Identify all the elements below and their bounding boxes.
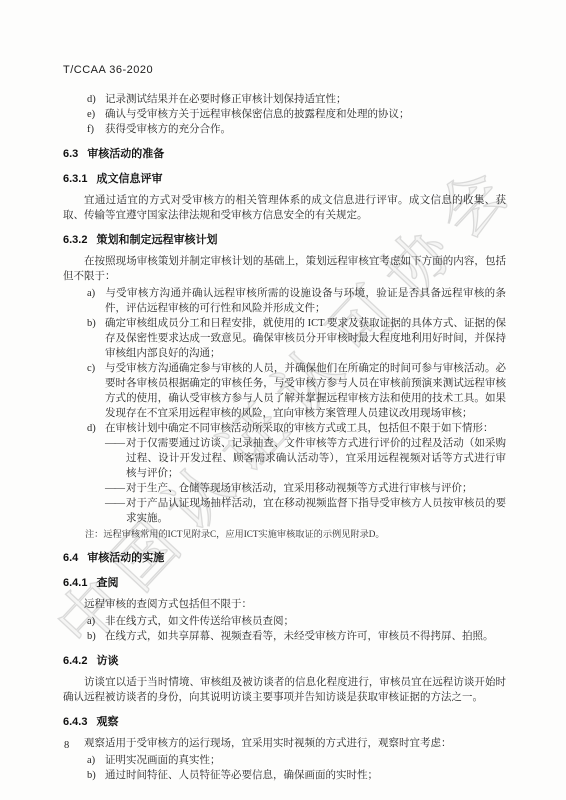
list-item: b)通过时间特征、人员特征等必要信息，确保画面的实时性； — [63, 768, 506, 783]
list-item-marker: b) — [87, 316, 105, 331]
document-page: 中国认证认可协会 T/CCAA 36-2020 d)记录测试结果并在必要时修正审… — [0, 0, 566, 800]
list-item: f)获得受审核方的充分合作。 — [63, 122, 506, 137]
section-title: 审核活动的准备 — [87, 148, 164, 160]
dash-list-item: ——对于仅需要通过访谈、记录抽查、文件审核等方式进行评价的过程及活动（如采购过程… — [63, 436, 506, 481]
page-content: d)记录测试结果并在必要时修正审核计划保持适宜性； e)确认与受审核方关于远程审… — [63, 92, 506, 783]
section-number: 6.4.2 — [63, 655, 87, 667]
list-item-marker: f) — [87, 122, 105, 137]
list-item-text: 在审核计划中确定不同审核活动所采取的审核方式或工具，包括但不限于如下情形： — [105, 423, 494, 434]
section-title: 观察 — [96, 716, 118, 728]
note-text: 远程审核常用的ICT见附录C，应用ICT实施审核取证的示例见附录D。 — [103, 529, 384, 539]
dash-item-text: 对于产品认证现场抽样活动，宜在移动视频监督下指导受审核方人员按审核员的要求实施。 — [126, 498, 506, 524]
list-item-text: 与受审核方沟通并确认远程审核所需的设施设备与环境，验证是否具备远程审核的条件，评… — [105, 288, 506, 314]
dash-marker: —— — [105, 496, 126, 511]
section-title: 审核活动的实施 — [87, 552, 164, 564]
list-item: a)非在线方式，如文件传送给审核员查阅； — [63, 614, 506, 629]
list-item: c)与受审核方沟通确定参与审核的人员，并确保他们在所确定的时间可参与审核活动。必… — [63, 361, 506, 421]
list-item-text: 记录测试结果并在必要时修正审核计划保持适宜性； — [105, 94, 347, 105]
list-item-marker: e) — [87, 107, 105, 122]
dash-item-text: 对于生产、仓储等现场审核活动，宜采用移动视频等方式进行审核与评价； — [126, 483, 473, 494]
section-heading-6-4-2: 6.4.2访谈 — [63, 654, 506, 669]
section-heading-6-4: 6.4审核活动的实施 — [63, 551, 506, 566]
section-heading-6-3-1: 6.3.1成文信息评审 — [63, 172, 506, 187]
section-title: 成文信息评审 — [96, 173, 162, 185]
section-title: 访谈 — [96, 655, 118, 667]
dash-item-text: 对于仅需要通过访谈、记录抽查、文件审核等方式进行评价的过程及活动（如采购过程、设… — [126, 438, 506, 479]
list-item-text: 与受审核方沟通确定参与审核的人员，并确保他们在所确定的时间可参与审核活动。必要时… — [105, 363, 506, 419]
doc-code-header: T/CCAA 36-2020 — [63, 64, 153, 76]
paragraph: 远程审核的查阅方式包括但不限于： — [63, 597, 506, 612]
paragraph: 访谈宜以适于当时情境、审核组及被访谈者的信息化程度进行，审核员宜在远程访谈开始时… — [63, 675, 506, 705]
list-item: e)确认与受审核方关于远程审核保密信息的披露程度和处理的协议； — [63, 107, 506, 122]
list-item-marker: b) — [87, 768, 105, 783]
note-label: 注： — [85, 529, 103, 539]
section-heading-6-3: 6.3审核活动的准备 — [63, 147, 506, 162]
list-item-marker: d) — [87, 92, 105, 107]
list-item-text: 获得受审核方的充分合作。 — [105, 124, 231, 135]
list-item: b)确定审核组成员分工和日程安排，就使用的 ICT 要求及获取证据的具体方式、证… — [63, 316, 506, 361]
list-item-text: 通过时间特征、人员特征等必要信息，确保画面的实时性； — [105, 770, 378, 781]
paragraph: 观察适用于受审核方的运行现场，宜采用实时视频的方式进行，观察时宜考虑： — [63, 736, 506, 751]
section-number: 6.3.2 — [63, 234, 87, 246]
list-item-marker: a) — [87, 614, 105, 629]
list-item: b)在线方式，如共享屏幕、视频查看等，未经受审核方许可，审核员不得拷屏、拍照。 — [63, 629, 506, 644]
list-item: d)在审核计划中确定不同审核活动所采取的审核方式或工具，包括但不限于如下情形： — [63, 421, 506, 436]
paragraph: 在按照现场审核策划并制定审核计划的基础上，策划远程审核宜考虑如下方面的内容，包括… — [63, 254, 506, 284]
list-item-text: 确认与受审核方关于远程审核保密信息的披露程度和处理的协议； — [105, 109, 410, 120]
page-number: 8 — [64, 740, 69, 751]
section-number: 6.3.1 — [63, 173, 87, 185]
section-number: 6.3 — [63, 148, 78, 160]
section-title: 查阅 — [96, 577, 118, 589]
list-item-marker: d) — [87, 421, 105, 436]
list-item-marker: b) — [87, 629, 105, 644]
dash-marker: —— — [105, 481, 126, 496]
section-heading-6-4-1: 6.4.1查阅 — [63, 576, 506, 591]
section-number: 6.4.3 — [63, 716, 87, 728]
list-item: a)与受审核方沟通并确认远程审核所需的设施设备与环境，验证是否具备远程审核的条件… — [63, 286, 506, 316]
dash-marker: —— — [105, 436, 126, 451]
list-item-marker: c) — [87, 361, 105, 376]
dash-list-item: ——对于生产、仓储等现场审核活动，宜采用移动视频等方式进行审核与评价； — [63, 481, 506, 496]
dash-list-item: ——对于产品认证现场抽样活动，宜在移动视频监督下指导受审核方人员按审核员的要求实… — [63, 496, 506, 526]
list-item: a)证明实况画面的真实性； — [63, 753, 506, 768]
section-heading-6-3-2: 6.3.2策划和制定远程审核计划 — [63, 233, 506, 248]
section-number: 6.4.1 — [63, 577, 87, 589]
list-item-text: 在线方式，如共享屏幕、视频查看等，未经受审核方许可，审核员不得拷屏、拍照。 — [105, 631, 494, 642]
section-title: 策划和制定远程审核计划 — [96, 234, 217, 246]
note-line: 注：远程审核常用的ICT见附录C，应用ICT实施审核取证的示例见附录D。 — [63, 528, 506, 541]
list-item-marker: a) — [87, 286, 105, 301]
section-heading-6-4-3: 6.4.3观察 — [63, 715, 506, 730]
list-item-text: 证明实况画面的真实性； — [105, 755, 221, 766]
list-item-marker: a) — [87, 753, 105, 768]
paragraph: 宜通过适宜的方式对受审核方的相关管理体系的成文信息进行评审。成文信息的收集、获取… — [63, 193, 506, 223]
list-item-text: 非在线方式，如文件传送给审核员查阅； — [105, 616, 294, 627]
list-item-text: 确定审核组成员分工和日程安排，就使用的 ICT 要求及获取证据的具体方式、证据的… — [105, 318, 506, 359]
section-number: 6.4 — [63, 552, 78, 564]
list-item: d)记录测试结果并在必要时修正审核计划保持适宜性； — [63, 92, 506, 107]
